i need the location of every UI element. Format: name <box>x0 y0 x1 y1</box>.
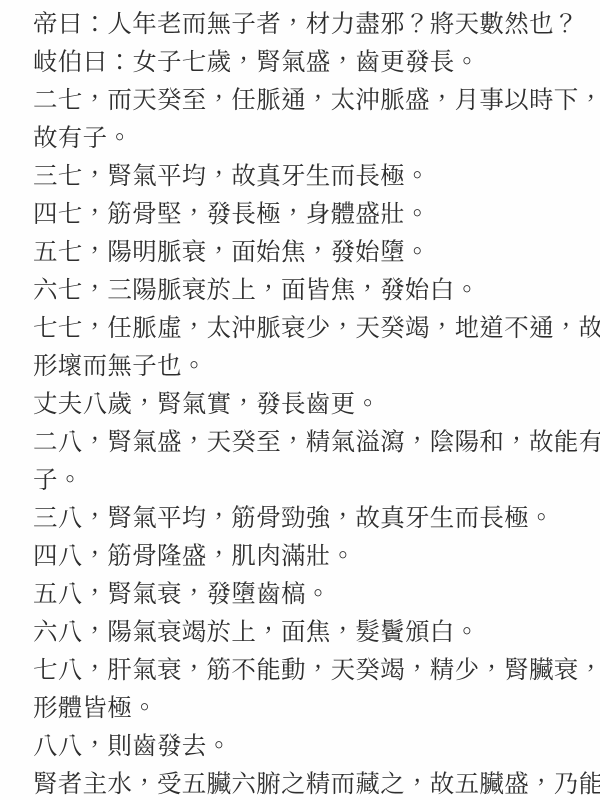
text-line: 四八，筋骨隆盛，肌肉滿壯。 <box>33 538 590 576</box>
text-line: 子。 <box>33 462 590 500</box>
text-line: 形壞而無子也。 <box>33 348 590 386</box>
text-line: 三八，腎氣平均，筋骨勁強，故真牙生而長極。 <box>33 500 590 538</box>
text-line: 帝曰：人年老而無子者，材力盡邪？將天數然也？ <box>33 6 590 44</box>
text-line: 腎者主水，受五臟六腑之精而藏之，故五臟盛，乃能 <box>33 766 590 800</box>
text-line: 岐伯曰：女子七歲，腎氣盛，齒更發長。 <box>33 44 590 82</box>
text-line: 二八，腎氣盛，天癸至，精氣溢瀉，陰陽和，故能有 <box>33 424 590 462</box>
text-line: 七八，肝氣衰，筋不能動，天癸竭，精少，腎臟衰， <box>33 652 590 690</box>
text-line: 七七，任脈虛，太沖脈衰少，天癸竭，地道不通，故 <box>33 310 590 348</box>
text-line: 形體皆極。 <box>33 690 590 728</box>
text-line: 五七，陽明脈衰，面始焦，發始墮。 <box>33 234 590 272</box>
document-page: 帝曰：人年老而無子者，材力盡邪？將天數然也？ 岐伯曰：女子七歲，腎氣盛，齒更發長… <box>0 0 600 800</box>
text-line: 四七，筋骨堅，發長極，身體盛壯。 <box>33 196 590 234</box>
text-line: 三七，腎氣平均，故真牙生而長極。 <box>33 158 590 196</box>
text-line: 六八，陽氣衰竭於上，面焦，髮鬢頒白。 <box>33 614 590 652</box>
text-line: 八八，則齒發去。 <box>33 728 590 766</box>
text-line: 丈夫八歲，腎氣實，發長齒更。 <box>33 386 590 424</box>
text-line: 五八，腎氣衰，發墮齒槁。 <box>33 576 590 614</box>
text-line: 二七，而天癸至，任脈通，太沖脈盛，月事以時下， <box>33 82 590 120</box>
text-line: 故有子。 <box>33 120 590 158</box>
text-line: 六七，三陽脈衰於上，面皆焦，發始白。 <box>33 272 590 310</box>
